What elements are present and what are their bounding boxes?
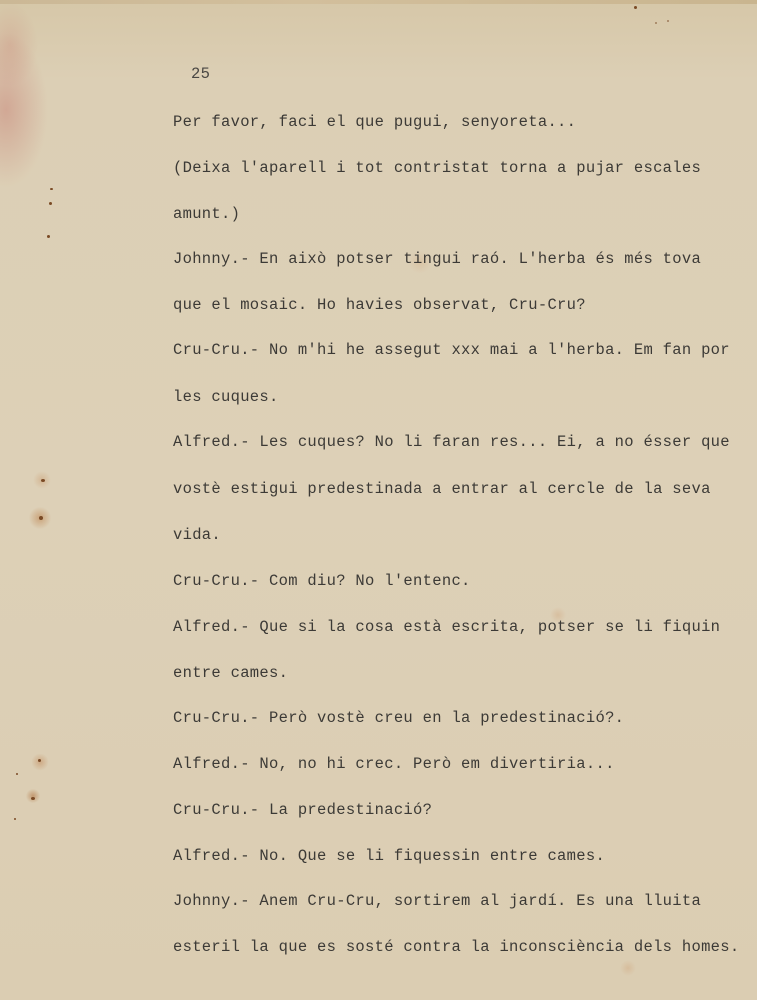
dialogue-line-johnny: que el mosaic. Ho havies observat, Cru-C…: [173, 296, 586, 314]
dialogue-line-crucru: les cuques.: [173, 388, 279, 406]
dialogue-line-johnny: esteril la que es sosté contra la incons…: [173, 938, 740, 956]
stage-direction-line: amunt.): [173, 205, 240, 223]
typewritten-page: 25 Per favor, faci el que pugui, senyore…: [0, 0, 757, 1000]
dialogue-line-crucru: Cru-Cru.- Però vostè creu en la predesti…: [173, 709, 624, 727]
dialogue-line-alfred: entre cames.: [173, 664, 288, 682]
page-number: 25: [191, 65, 210, 83]
dialogue-line-johnny: Johnny.- Anem Cru-Cru, sortirem al jardí…: [173, 892, 701, 910]
dialogue-line-alfred: vostè estigui predestinada a entrar al c…: [173, 480, 711, 498]
text-line: Per favor, faci el que pugui, senyoreta.…: [173, 113, 576, 131]
dialogue-line-crucru: Cru-Cru.- No m'hi he assegut xxx mai a l…: [173, 341, 730, 359]
dialogue-line-alfred: Alfred.- No, no hi crec. Però em diverti…: [173, 755, 615, 773]
dialogue-line-alfred: Alfred.- Les cuques? No li faran res... …: [173, 433, 730, 451]
dialogue-line-alfred: Alfred.- Que si la cosa està escrita, po…: [173, 618, 720, 636]
dialogue-line-crucru: Cru-Cru.- Com diu? No l'entenc.: [173, 572, 471, 590]
dialogue-line-crucru: Cru-Cru.- La predestinació?: [173, 801, 432, 819]
stage-direction-line: (Deixa l'aparell i tot contristat torna …: [173, 159, 701, 177]
dialogue-line-alfred: vida.: [173, 526, 221, 544]
dialogue-line-alfred: Alfred.- No. Que se li fiquessin entre c…: [173, 847, 605, 865]
dialogue-line-johnny: Johnny.- En això potser tingui raó. L'he…: [173, 250, 701, 268]
